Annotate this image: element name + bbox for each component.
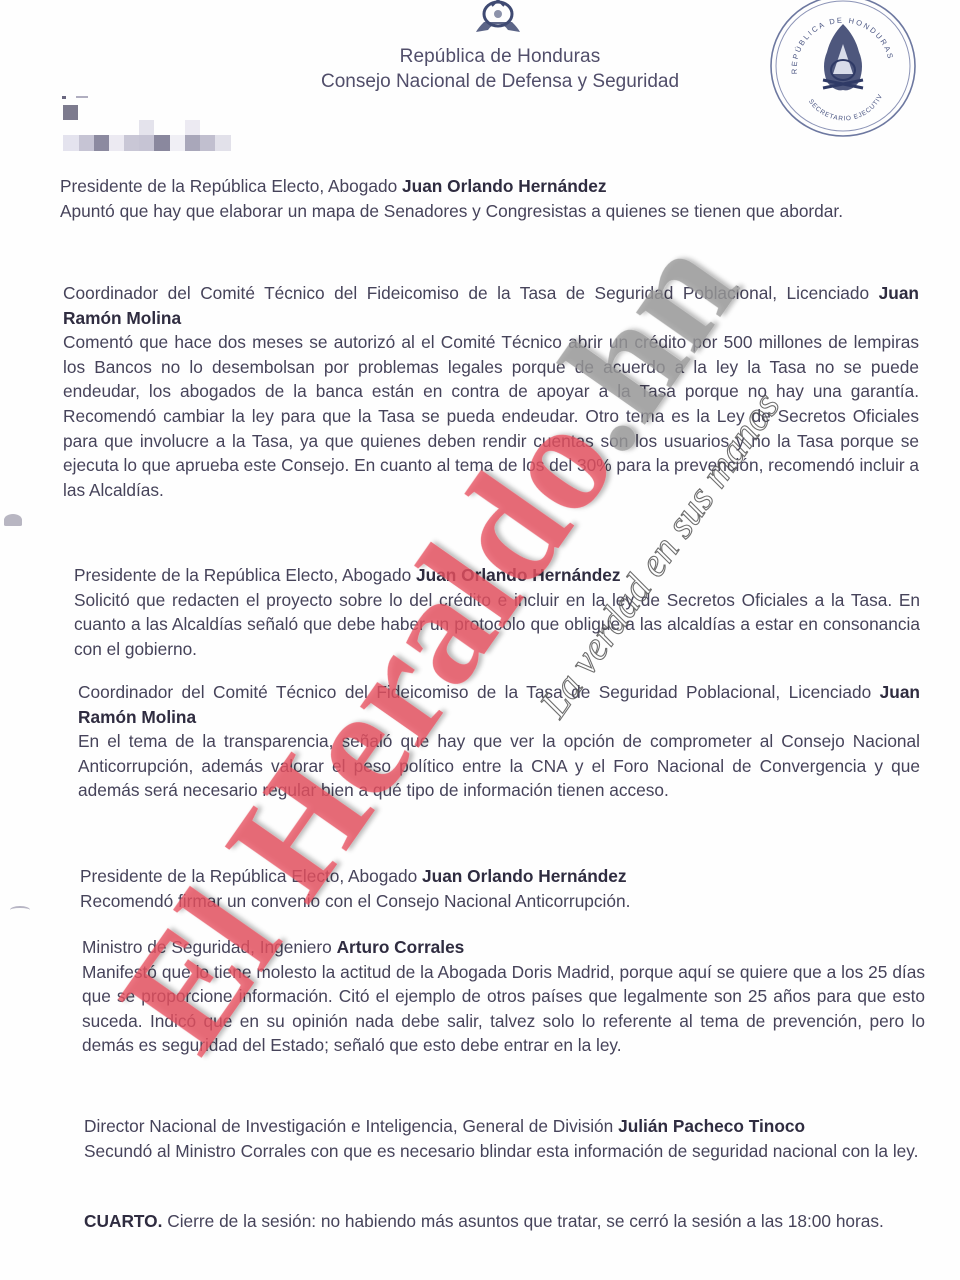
speaker-line: Director Nacional de Investigación e Int… — [84, 1114, 927, 1139]
speaker-title: Presidente de la República Electo, Aboga… — [80, 866, 422, 886]
speaker-name: Arturo Corrales — [337, 937, 465, 957]
document-page: República de Honduras Consejo Nacional d… — [0, 0, 960, 1280]
minutes-entry: Coordinador del Comité Técnico del Fidei… — [78, 680, 920, 803]
speaker-title: Director Nacional de Investigación e Int… — [84, 1116, 618, 1136]
closing-label: CUARTO. — [84, 1211, 162, 1231]
speaker-line: Presidente de la República Electo, Aboga… — [60, 174, 918, 199]
entry-text: Secundó al Ministro Corrales con que es … — [84, 1139, 927, 1164]
speaker-title: Presidente de la República Electo, Aboga… — [60, 176, 402, 196]
honduras-coat-of-arms-icon — [470, 0, 526, 34]
closing-entry: CUARTO. Cierre de la sesión: no habiendo… — [84, 1209, 929, 1234]
entry-text: En el tema de la transparencia, señaló q… — [78, 729, 920, 803]
header-country: República de Honduras — [300, 46, 700, 68]
speaker-title: Ministro de Seguridad, Ingeniero — [82, 937, 337, 957]
scan-artifact — [10, 906, 30, 914]
speaker-name: Julián Pacheco Tinoco — [618, 1116, 805, 1136]
entry-text: Solicitó que redacten el proyecto sobre … — [74, 588, 920, 662]
minutes-entry: Director Nacional de Investigación e Int… — [84, 1114, 927, 1163]
entry-text: Recomendó firmar un convenio con el Cons… — [80, 889, 920, 914]
speaker-name: Juan Orlando Hernández — [402, 176, 607, 196]
speaker-name: Juan Orlando Hernández — [416, 565, 621, 585]
scan-artifact — [4, 514, 22, 526]
entry-text: Manifestó que lo tiene molesto la actitu… — [82, 960, 925, 1058]
minutes-entry: Presidente de la República Electo, Aboga… — [60, 174, 918, 223]
minutes-entry: Coordinador del Comité Técnico del Fidei… — [63, 281, 919, 502]
closing-text: Cierre de la sesión: no habiendo más asu… — [162, 1211, 883, 1231]
header-council: Consejo Nacional de Defensa y Seguridad — [280, 71, 720, 93]
official-seal-icon: REPÚBLICA DE HONDURAS SECRETARIO EJECUTI… — [765, 0, 920, 144]
speaker-line: Ministro de Seguridad, Ingeniero Arturo … — [82, 935, 925, 960]
entry-text: Comentó que hace dos meses se autorizó a… — [63, 330, 919, 502]
speaker-title: Presidente de la República Electo, Aboga… — [74, 565, 416, 585]
minutes-entry: Presidente de la República Electo, Aboga… — [74, 563, 920, 661]
speaker-name: Juan Orlando Hernández — [422, 866, 627, 886]
speaker-title: Coordinador del Comité Técnico del Fidei… — [63, 283, 879, 303]
minutes-entry: Presidente de la República Electo, Aboga… — [80, 864, 920, 913]
entry-text: Apuntó que hay que elaborar un mapa de S… — [60, 199, 918, 224]
speaker-title: Coordinador del Comité Técnico del Fidei… — [78, 682, 880, 702]
speaker-line: Presidente de la República Electo, Aboga… — [74, 563, 920, 588]
speaker-line: Presidente de la República Electo, Aboga… — [80, 864, 920, 889]
minutes-entry: Ministro de Seguridad, Ingeniero Arturo … — [82, 935, 925, 1058]
